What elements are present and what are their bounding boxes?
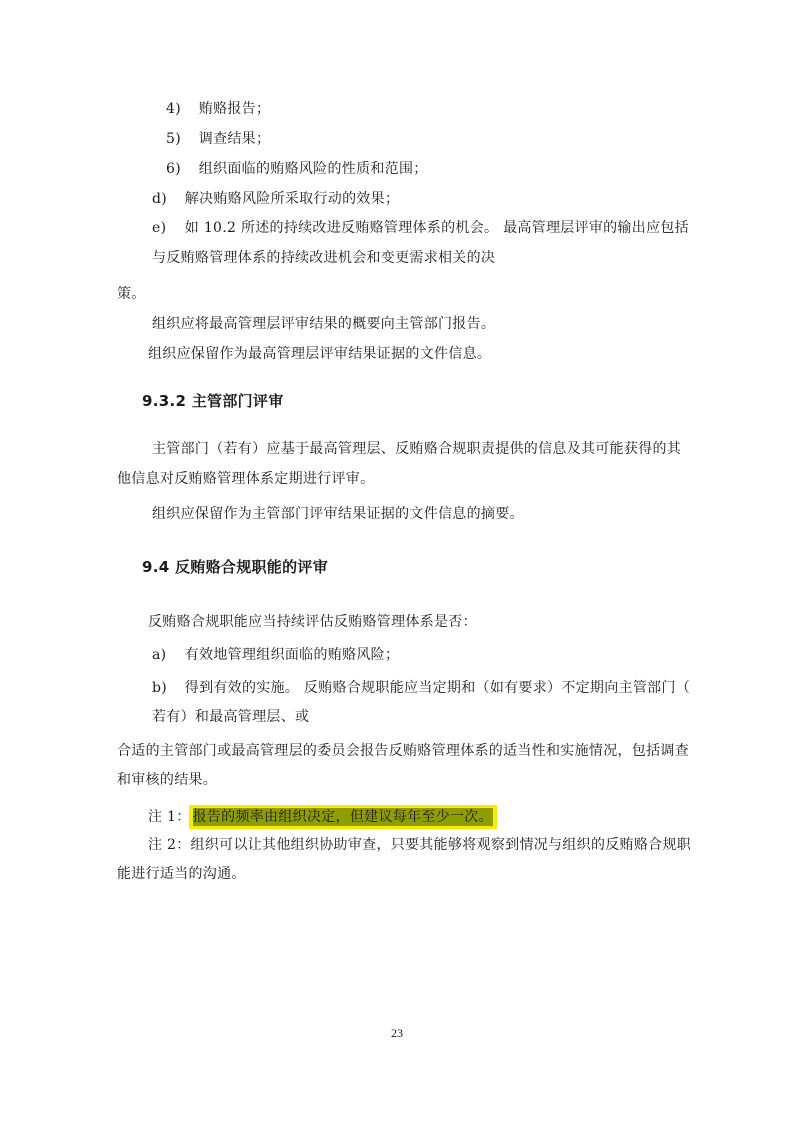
list-marker: 4) — [166, 100, 194, 118]
list-item-6: 6) 组织面临的贿赂风险的性质和范围； — [166, 160, 428, 178]
paragraph-line: 合适的主管部门或最高管理层的委员会报告反贿赂管理体系的适当性和实施情况，包括调查 — [117, 742, 689, 760]
note-2-line: 注 2：组织可以让其他组织协助审查，只要其能够将观察到情况与组织的反贿赂合规职 — [148, 836, 691, 854]
list-text: 贿赂报告； — [199, 101, 271, 117]
note-1: 注 1：报告的频率由组织决定，但建议每年至少一次。 — [148, 805, 497, 829]
section-heading-9-3-2: 9.3.2 主管部门评审 — [142, 392, 284, 410]
list-item-4: 4) 贿赂报告； — [166, 100, 270, 118]
list-text: 如 10.2 所述的持续改进反贿赂管理体系的机会。 最高管理层评审的输出应包括 — [185, 220, 689, 236]
list-item-b: b) 得到有效的实施。 反贿赂合规职能应当定期和（如有要求）不定期向主管部门（ — [152, 679, 690, 697]
highlighted-text: 报告的频率由组织决定，但建议每年至少一次。 — [193, 808, 493, 826]
text-highlight: 报告的频率由组织决定，但建议每年至少一次。 — [189, 805, 497, 829]
list-item-e: e) 如 10.2 所述的持续改进反贿赂管理体系的机会。 最高管理层评审的输出应… — [152, 219, 689, 237]
paragraph: 组织应保留作为最高管理层评审结果证据的文件信息。 — [148, 345, 491, 363]
list-marker: 5) — [166, 130, 194, 148]
list-text: 有效地管理组织面临的贿赂风险； — [185, 647, 400, 663]
list-text: 解决贿赂风险所采取行动的效果； — [185, 191, 400, 207]
note-2-line: 能进行适当的沟通。 — [117, 865, 246, 883]
list-marker: b) — [152, 679, 180, 697]
paragraph-line: 他信息对反贿赂管理体系定期进行评审。 — [117, 470, 374, 488]
list-marker: e) — [152, 219, 180, 237]
list-text: 调查结果； — [199, 131, 271, 147]
list-item-a: a) 有效地管理组织面临的贿赂风险； — [152, 646, 399, 664]
paragraph: 组织应将最高管理层评审结果的概要向主管部门报告。 — [152, 315, 495, 333]
note-label: 注 1： — [148, 809, 191, 825]
list-marker: d) — [152, 190, 180, 208]
paragraph-line: 与反贿赂管理体系的持续改进机会和变更需求相关的决 — [152, 249, 495, 267]
page-number: 23 — [0, 1026, 794, 1041]
paragraph-line: 主管部门（若有）应基于最高管理层、反贿赂合规职责提供的信息及其可能获得的其 — [152, 440, 681, 458]
list-marker: a) — [152, 646, 180, 664]
paragraph: 组织应保留作为主管部门评审结果证据的文件信息的摘要。 — [152, 505, 524, 523]
paragraph: 反贿赂合规职能应当持续评估反贿赂管理体系是否： — [148, 613, 477, 631]
list-text: 得到有效的实施。 反贿赂合规职能应当定期和（如有要求）不定期向主管部门（ — [185, 680, 690, 696]
list-item-5: 5) 调查结果； — [166, 130, 270, 148]
paragraph-line: 策。 — [117, 285, 146, 303]
list-item-d: d) 解决贿赂风险所采取行动的效果； — [152, 190, 399, 208]
list-marker: 6) — [166, 160, 194, 178]
paragraph-line: 若有）和最高管理层、或 — [152, 708, 309, 726]
paragraph-line: 和审核的结果。 — [117, 771, 217, 789]
list-text: 组织面临的贿赂风险的性质和范围； — [199, 161, 428, 177]
section-heading-9-4: 9.4 反贿赂合规职能的评审 — [142, 558, 328, 576]
